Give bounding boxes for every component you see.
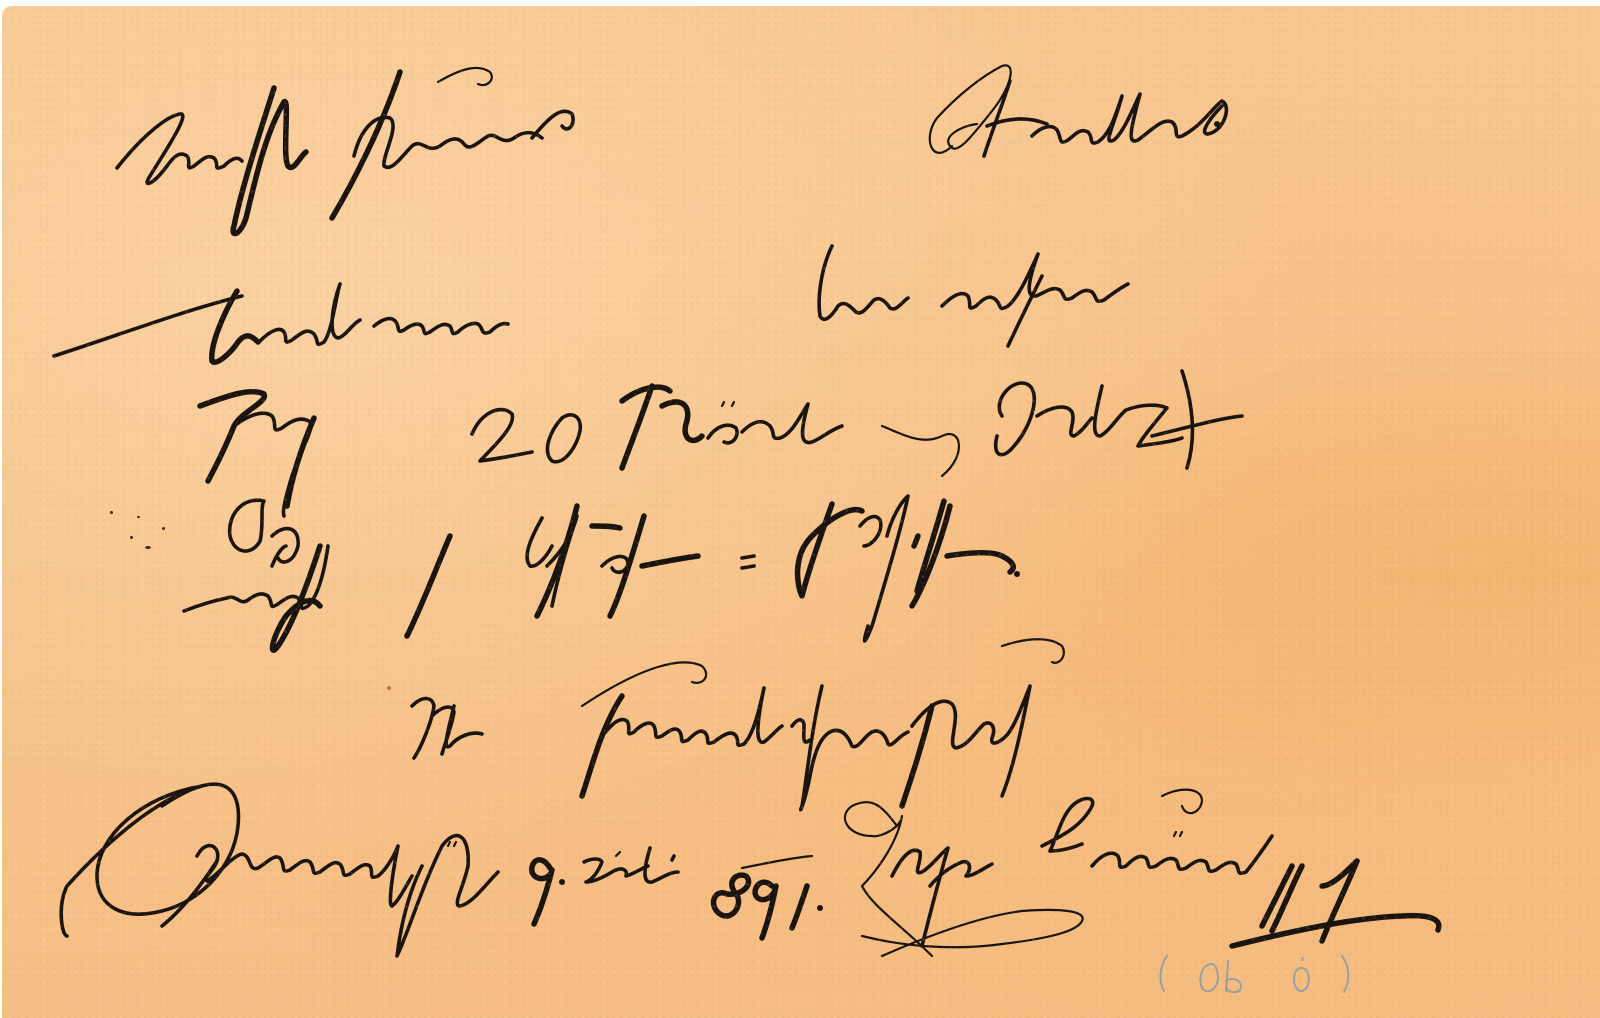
body-line-3-ink <box>184 496 1020 650</box>
body-line-2-ink <box>200 371 1242 516</box>
strasser-ink <box>930 65 1227 156</box>
body-line-1-ink <box>54 246 1128 362</box>
place-date-ink <box>61 784 823 956</box>
salutation-ink <box>117 68 573 234</box>
signature-ink <box>845 790 1439 956</box>
period-dot <box>559 879 565 885</box>
period-dot <box>817 905 823 911</box>
postcard: Werther Freund Strasser. Sende mir den e… <box>2 6 1600 1018</box>
closing-ink <box>412 639 1064 810</box>
period-dot <box>1214 121 1220 127</box>
pencil-note <box>1160 956 1348 992</box>
handwriting-layer <box>2 6 1600 1018</box>
period-dot <box>1014 571 1020 577</box>
